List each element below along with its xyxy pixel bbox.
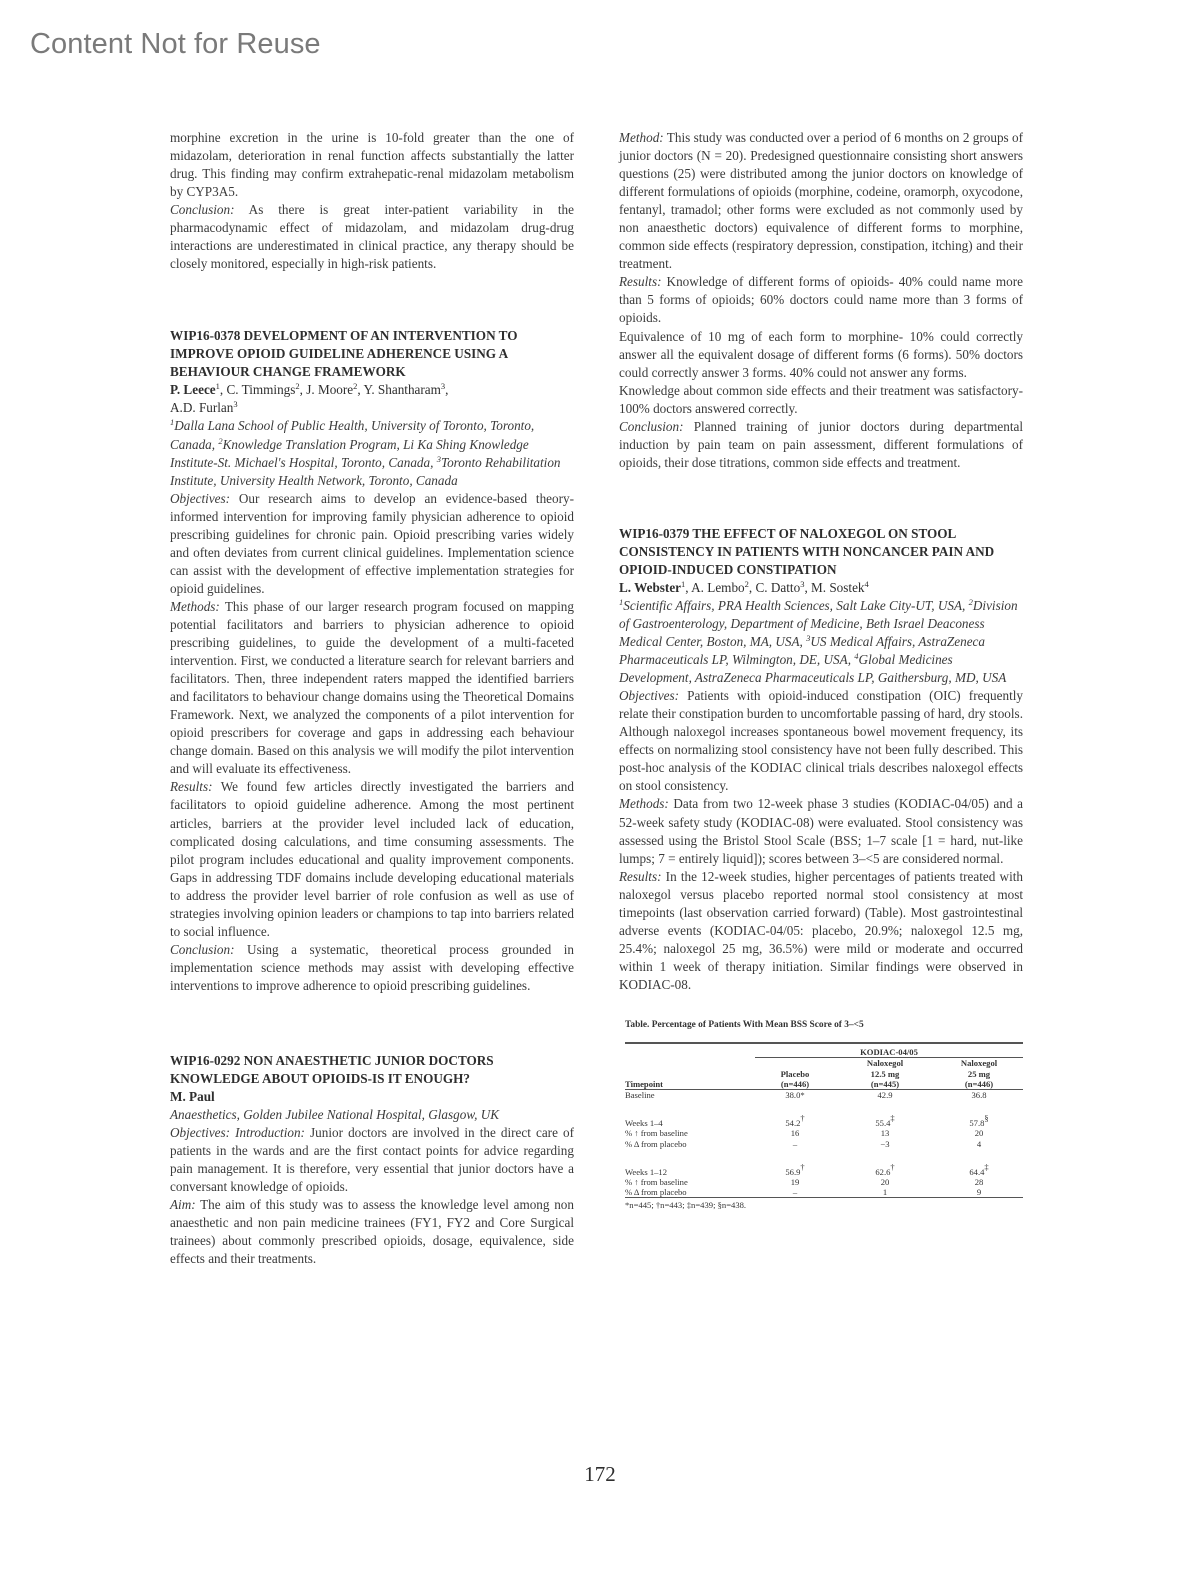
- header-line: Naloxegol: [935, 1058, 1023, 1068]
- abstract-title: WIP16-0379 THE EFFECT OF NALOXEGOL ON ST…: [619, 525, 1023, 579]
- section-text: We found few articles directly investiga…: [170, 779, 574, 938]
- cell-value: 56.9: [785, 1167, 800, 1177]
- section-text: This study was conducted over a period o…: [619, 130, 1023, 271]
- author: A. Lembo: [691, 580, 744, 595]
- side-effects-paragraph: Knowledge about common side effects and …: [619, 382, 1023, 418]
- author-list: L. Webster1, A. Lembo2, C. Datto3, M. So…: [619, 579, 1023, 597]
- table-row: % Δ from placebo – 1 9: [625, 1187, 1023, 1198]
- header-line: (n=446): [935, 1079, 1023, 1089]
- watermark: Content Not for Reuse: [30, 28, 321, 61]
- cell: 62.6†: [835, 1167, 935, 1177]
- aim-section: Aim: The aim of this study was to assess…: [170, 1196, 574, 1268]
- affiliations: Anaesthetics, Golden Jubilee National Ho…: [170, 1106, 574, 1124]
- row-label: Weeks 1–4: [625, 1118, 755, 1128]
- methods-section: Methods: This phase of our larger resear…: [170, 598, 574, 778]
- abstract-title: WIP16-0378 DEVELOPMENT OF AN INTERVENTIO…: [170, 327, 574, 381]
- abstract-wip16-0378: WIP16-0378 DEVELOPMENT OF AN INTERVENTIO…: [170, 327, 574, 995]
- objectives-section: Objectives: Our research aims to develop…: [170, 490, 574, 598]
- table-row: % ↑ from baseline 19 20 28: [625, 1177, 1023, 1187]
- section-text: Knowledge of different forms of opioids-…: [619, 274, 1023, 325]
- cell: 36.8: [935, 1089, 1023, 1100]
- row-label: % ↑ from baseline: [625, 1177, 755, 1187]
- section-text: In the 12-week studies, higher percentag…: [619, 869, 1023, 992]
- section-label: Objectives: Introduction:: [170, 1125, 305, 1140]
- section-label: Method:: [619, 130, 664, 145]
- sep: ,: [220, 382, 227, 397]
- author: Y. Shantharam: [364, 382, 441, 397]
- cell: −3: [835, 1139, 935, 1149]
- section-label: Results:: [619, 869, 662, 884]
- affiliations: 1Scientific Affairs, PRA Health Sciences…: [619, 597, 1023, 687]
- results-section: Results: Knowledge of different forms of…: [619, 273, 1023, 327]
- section-label: Conclusion:: [170, 942, 234, 957]
- group-header: KODIAC-04/05: [755, 1047, 1023, 1058]
- cell: 55.4‡: [835, 1118, 935, 1128]
- cell: 4: [935, 1139, 1023, 1149]
- results-section: Results: In the 12-week studies, higher …: [619, 868, 1023, 994]
- section-text: This phase of our larger research progra…: [170, 599, 574, 776]
- results-section: Results: We found few articles directly …: [170, 778, 574, 940]
- author-sup: 3: [233, 399, 237, 409]
- affiliations: 1Dalla Lana School of Public Health, Uni…: [170, 417, 574, 489]
- cell-footnote-mark: †: [800, 1113, 804, 1123]
- section-label: Conclusion:: [619, 419, 683, 434]
- cell: 57.8§: [935, 1118, 1023, 1128]
- cell: –: [755, 1139, 835, 1149]
- author: P. Leece: [170, 382, 216, 397]
- cell: 20: [835, 1177, 935, 1187]
- header-line: (n=446): [755, 1079, 835, 1089]
- cell-value: 57.8: [969, 1118, 984, 1128]
- cell-value: 55.4: [875, 1118, 890, 1128]
- section-label: Results:: [170, 779, 213, 794]
- section-text: Data from two 12-week phase 3 studies (K…: [619, 796, 1023, 865]
- cell: 28: [935, 1177, 1023, 1187]
- section-label: Methods:: [619, 796, 669, 811]
- sep: ,: [445, 382, 448, 397]
- cell-value: 62.6: [875, 1167, 890, 1177]
- cell: –: [755, 1187, 835, 1198]
- section-text: Patients with opioid-induced constipatio…: [619, 688, 1023, 793]
- table-row: Baseline 38.0* 42.9 36.8: [625, 1089, 1023, 1100]
- table-caption: Table. Percentage of Patients With Mean …: [625, 1020, 1023, 1030]
- row-label: Weeks 1–12: [625, 1167, 755, 1177]
- section-text: The aim of this study was to assess the …: [170, 1197, 574, 1266]
- author: C. Timmings: [227, 382, 296, 397]
- section-text: Our research aims to develop an evidence…: [170, 491, 574, 596]
- cell: 38.0*: [755, 1089, 835, 1100]
- abstract-wip16-0292-continued: Method: This study was conducted over a …: [619, 129, 1023, 472]
- row-label: % Δ from placebo: [625, 1187, 755, 1198]
- column-header-placebo: Placebo(n=446): [755, 1058, 835, 1090]
- table-row: Weeks 1–4 54.2† 55.4‡ 57.8§: [625, 1118, 1023, 1128]
- cell-footnote-mark: ‡: [984, 1162, 988, 1172]
- cell: 54.2†: [755, 1118, 835, 1128]
- cell: 16: [755, 1128, 835, 1138]
- section-label: Results:: [619, 274, 662, 289]
- author-list: M. Paul: [170, 1088, 574, 1106]
- methods-section: Methods: Data from two 12-week phase 3 s…: [619, 795, 1023, 867]
- objectives-section: Objectives: Introduction: Junior doctors…: [170, 1124, 574, 1196]
- row-label: % ↑ from baseline: [625, 1128, 755, 1138]
- header-line: Naloxegol: [835, 1058, 935, 1068]
- conclusion-section: Conclusion: Using a systematic, theoreti…: [170, 941, 574, 995]
- author: A.D. Furlan: [170, 400, 233, 415]
- author: M. Paul: [170, 1089, 215, 1104]
- header-line: 25 mg: [935, 1069, 1023, 1079]
- section-label: Aim:: [170, 1197, 196, 1212]
- continuation-results: morphine excretion in the urine is 10-fo…: [170, 129, 574, 201]
- column-header-naloxegol-12-5: Naloxegol12.5 mg(n=445): [835, 1058, 935, 1090]
- affiliation: Scientific Affairs, PRA Health Sciences,…: [623, 598, 968, 613]
- column-header-naloxegol-25: Naloxegol25 mg(n=446): [935, 1058, 1023, 1090]
- header-line: (n=445): [835, 1079, 935, 1089]
- header-line: Placebo: [755, 1069, 835, 1079]
- left-column: morphine excretion in the urine is 10-fo…: [170, 129, 574, 1268]
- abstract-wip16-0292: WIP16-0292 NON ANAESTHETIC JUNIOR DOCTOR…: [170, 1052, 574, 1268]
- objectives-section: Objectives: Patients with opioid-induced…: [619, 687, 1023, 795]
- author: J. Moore: [306, 382, 353, 397]
- section-label: Methods:: [170, 599, 220, 614]
- cell: 13: [835, 1128, 935, 1138]
- cell-footnote-mark: §: [984, 1113, 988, 1123]
- author-list: P. Leece1, C. Timmings2, J. Moore2, Y. S…: [170, 381, 574, 417]
- author: L. Webster: [619, 580, 681, 595]
- continuation-conclusion: Conclusion: As there is great inter-pati…: [170, 201, 574, 273]
- cell-footnote-mark: †: [800, 1162, 804, 1172]
- right-column: Method: This study was conducted over a …: [619, 129, 1023, 1211]
- cell: 9: [935, 1187, 1023, 1198]
- cell-value: 64.4: [969, 1167, 984, 1177]
- table-row: Weeks 1–12 56.9† 62.6† 64.4‡: [625, 1167, 1023, 1177]
- table-row: % ↑ from baseline 16 13 20: [625, 1128, 1023, 1138]
- abstract-title: WIP16-0292 NON ANAESTHETIC JUNIOR DOCTOR…: [170, 1052, 574, 1088]
- cell: 20: [935, 1128, 1023, 1138]
- header-line: 12.5 mg: [835, 1069, 935, 1079]
- cell: 19: [755, 1177, 835, 1187]
- bss-table: KODIAC-04/05 Timepoint Placebo(n=446) Na…: [625, 1042, 1023, 1198]
- author: C. Datto: [755, 580, 800, 595]
- conclusion-section: Conclusion: Planned training of junior d…: [619, 418, 1023, 472]
- section-label: Objectives:: [170, 491, 230, 506]
- abstract-wip16-0379: WIP16-0379 THE EFFECT OF NALOXEGOL ON ST…: [619, 525, 1023, 1211]
- method-section: Method: This study was conducted over a …: [619, 129, 1023, 273]
- author-sup: 4: [865, 579, 869, 589]
- row-label: Baseline: [625, 1089, 755, 1100]
- section-label: Objectives:: [619, 688, 679, 703]
- equivalence-paragraph: Equivalence of 10 mg of each form to mor…: [619, 328, 1023, 382]
- cell-footnote-mark: †: [890, 1162, 894, 1172]
- table-footnote: *n=445; †n=443; ‡n=439; §n=438.: [625, 1200, 1023, 1210]
- cell-footnote-mark: ‡: [890, 1113, 894, 1123]
- cell: 56.9†: [755, 1167, 835, 1177]
- table-row: % Δ from placebo – −3 4: [625, 1139, 1023, 1149]
- page-number: 172: [0, 1462, 1200, 1487]
- cell: 64.4‡: [935, 1167, 1023, 1177]
- row-label: % Δ from placebo: [625, 1139, 755, 1149]
- cell: 42.9: [835, 1089, 935, 1100]
- cell: 1: [835, 1187, 935, 1198]
- author: M. Sostek: [811, 580, 865, 595]
- bss-table-block: Table. Percentage of Patients With Mean …: [619, 1020, 1023, 1211]
- column-header-timepoint: Timepoint: [625, 1058, 755, 1090]
- cell-value: 54.2: [785, 1118, 800, 1128]
